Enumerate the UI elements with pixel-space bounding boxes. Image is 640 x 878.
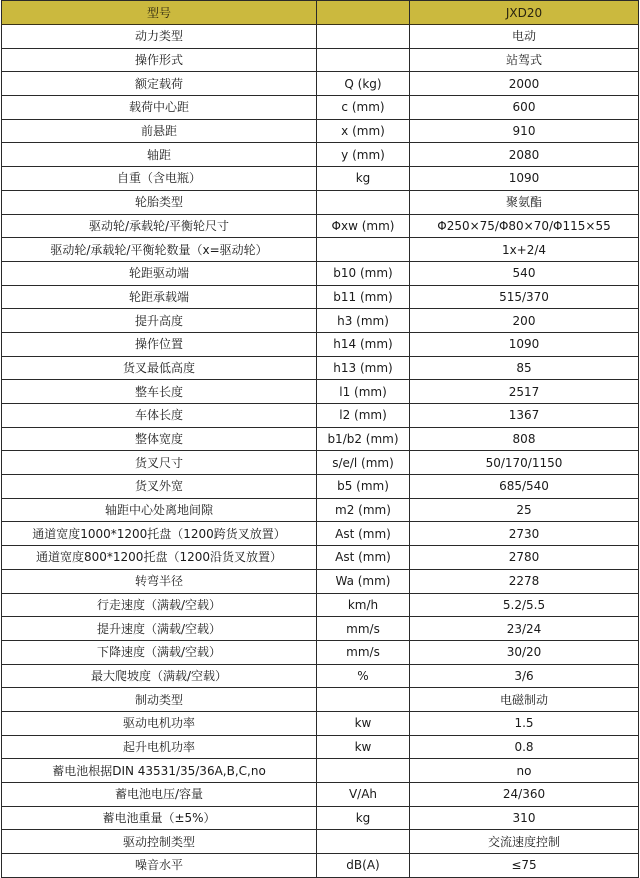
value-cell: 2517 — [410, 380, 639, 404]
unit-cell: x (mm) — [317, 119, 410, 143]
table-row: 动力类型电动 — [2, 25, 639, 49]
unit-cell: s/e/l (mm) — [317, 451, 410, 475]
unit-cell — [317, 25, 410, 49]
header-model-value: JXD20 — [410, 1, 639, 25]
parameter-cell: 起升电机功率 — [2, 735, 317, 759]
unit-cell: dB(A) — [317, 854, 410, 878]
table-row: 提升高度h3 (mm)200 — [2, 309, 639, 333]
value-cell: 310 — [410, 806, 639, 830]
unit-cell: Ast (mm) — [317, 522, 410, 546]
unit-cell: kg — [317, 806, 410, 830]
table-row: 最大爬坡度（满载/空载）%3/6 — [2, 664, 639, 688]
table-row: 轴距y (mm)2080 — [2, 143, 639, 167]
value-cell: 1090 — [410, 167, 639, 191]
value-cell: 5.2/5.5 — [410, 593, 639, 617]
unit-cell: b11 (mm) — [317, 285, 410, 309]
spec-body: 动力类型电动操作形式站驾式额定载荷Q (kg)2000载荷中心距c (mm)60… — [2, 25, 639, 878]
table-row: 制动类型电磁制动 — [2, 688, 639, 712]
value-cell: Φ250×75/Φ80×70/Φ115×55 — [410, 214, 639, 238]
table-row: 货叉外宽b5 (mm)685/540 — [2, 475, 639, 499]
table-row: 轮距承载端b11 (mm)515/370 — [2, 285, 639, 309]
value-cell: ≤75 — [410, 854, 639, 878]
header-model-label: 型号 — [2, 1, 317, 25]
table-row: 驱动轮/承载轮/平衡轮尺寸Φxw (mm)Φ250×75/Φ80×70/Φ115… — [2, 214, 639, 238]
value-cell: 24/360 — [410, 783, 639, 807]
unit-cell: V/Ah — [317, 783, 410, 807]
unit-cell — [317, 238, 410, 262]
value-cell: 540 — [410, 261, 639, 285]
unit-cell: kg — [317, 167, 410, 191]
value-cell: 1090 — [410, 332, 639, 356]
value-cell: 200 — [410, 309, 639, 333]
table-row: 驱动轮/承载轮/平衡轮数量（x=驱动轮）1x+2/4 — [2, 238, 639, 262]
unit-cell — [317, 688, 410, 712]
parameter-cell: 提升高度 — [2, 309, 317, 333]
table-row: 蓄电池电压/容量V/Ah24/360 — [2, 783, 639, 807]
table-row: 噪音水平dB(A)≤75 — [2, 854, 639, 878]
unit-cell: b10 (mm) — [317, 261, 410, 285]
parameter-cell: 驱动轮/承载轮/平衡轮数量（x=驱动轮） — [2, 238, 317, 262]
value-cell: 2080 — [410, 143, 639, 167]
parameter-cell: 操作位置 — [2, 332, 317, 356]
parameter-cell: 整体宽度 — [2, 427, 317, 451]
table-row: 货叉尺寸s/e/l (mm)50/170/1150 — [2, 451, 639, 475]
parameter-cell: 驱动电机功率 — [2, 711, 317, 735]
parameter-cell: 下降速度（满载/空载） — [2, 640, 317, 664]
table-row: 通道宽度800*1200托盘（1200沿货叉放置）Ast (mm)2780 — [2, 546, 639, 570]
unit-cell — [317, 190, 410, 214]
unit-cell: kw — [317, 711, 410, 735]
unit-cell: Φxw (mm) — [317, 214, 410, 238]
table-row: 蓄电池根据DIN 43531/35/36A,B,C,nono — [2, 759, 639, 783]
value-cell: 600 — [410, 96, 639, 120]
table-row: 货叉最低高度h13 (mm)85 — [2, 356, 639, 380]
unit-cell: mm/s — [317, 617, 410, 641]
value-cell: 910 — [410, 119, 639, 143]
table-row: 行走速度（满载/空载）km/h5.2/5.5 — [2, 593, 639, 617]
value-cell: 2000 — [410, 72, 639, 96]
unit-cell: l1 (mm) — [317, 380, 410, 404]
parameter-cell: 轮胎类型 — [2, 190, 317, 214]
parameter-cell: 自重（含电瓶） — [2, 167, 317, 191]
value-cell: 808 — [410, 427, 639, 451]
unit-cell: h14 (mm) — [317, 332, 410, 356]
table-row: 提升速度（满载/空载）mm/s23/24 — [2, 617, 639, 641]
value-cell: 685/540 — [410, 475, 639, 499]
value-cell: 85 — [410, 356, 639, 380]
value-cell: 3/6 — [410, 664, 639, 688]
value-cell: 25 — [410, 498, 639, 522]
value-cell: 2780 — [410, 546, 639, 570]
value-cell: 50/170/1150 — [410, 451, 639, 475]
table-row: 额定载荷Q (kg)2000 — [2, 72, 639, 96]
value-cell: 聚氨酯 — [410, 190, 639, 214]
unit-cell: kw — [317, 735, 410, 759]
parameter-cell: 动力类型 — [2, 25, 317, 49]
unit-cell: Wa (mm) — [317, 569, 410, 593]
unit-cell — [317, 759, 410, 783]
value-cell: 1.5 — [410, 711, 639, 735]
table-row: 轮胎类型聚氨酯 — [2, 190, 639, 214]
value-cell: 1367 — [410, 404, 639, 428]
unit-cell: km/h — [317, 593, 410, 617]
unit-cell: c (mm) — [317, 96, 410, 120]
value-cell: 站驾式 — [410, 48, 639, 72]
value-cell: 电动 — [410, 25, 639, 49]
header-unit-cell — [317, 1, 410, 25]
parameter-cell: 操作形式 — [2, 48, 317, 72]
table-row: 车体长度l2 (mm)1367 — [2, 404, 639, 428]
table-row: 轴距中心处离地间隙m2 (mm)25 — [2, 498, 639, 522]
table-row: 整车长度l1 (mm)2517 — [2, 380, 639, 404]
table-row: 操作形式站驾式 — [2, 48, 639, 72]
table-row: 驱动电机功率kw1.5 — [2, 711, 639, 735]
value-cell: 30/20 — [410, 640, 639, 664]
table-row: 通道宽度1000*1200托盘（1200跨货叉放置）Ast (mm)2730 — [2, 522, 639, 546]
table-row: 下降速度（满载/空载）mm/s30/20 — [2, 640, 639, 664]
unit-cell: y (mm) — [317, 143, 410, 167]
parameter-cell: 车体长度 — [2, 404, 317, 428]
parameter-cell: 制动类型 — [2, 688, 317, 712]
value-cell: 交流速度控制 — [410, 830, 639, 854]
parameter-cell: 轴距 — [2, 143, 317, 167]
unit-cell: m2 (mm) — [317, 498, 410, 522]
parameter-cell: 前悬距 — [2, 119, 317, 143]
table-row: 转弯半径Wa (mm)2278 — [2, 569, 639, 593]
parameter-cell: 噪音水平 — [2, 854, 317, 878]
parameter-cell: 额定载荷 — [2, 72, 317, 96]
parameter-cell: 提升速度（满载/空载） — [2, 617, 317, 641]
parameter-cell: 轴距中心处离地间隙 — [2, 498, 317, 522]
parameter-cell: 轮距驱动端 — [2, 261, 317, 285]
parameter-cell: 整车长度 — [2, 380, 317, 404]
parameter-cell: 轮距承载端 — [2, 285, 317, 309]
value-cell: 1x+2/4 — [410, 238, 639, 262]
unit-cell: % — [317, 664, 410, 688]
parameter-cell: 通道宽度1000*1200托盘（1200跨货叉放置） — [2, 522, 317, 546]
parameter-cell: 蓄电池重量（±5%） — [2, 806, 317, 830]
unit-cell: Ast (mm) — [317, 546, 410, 570]
value-cell: 515/370 — [410, 285, 639, 309]
table-row: 操作位置h14 (mm)1090 — [2, 332, 639, 356]
table-row: 整体宽度b1/b2 (mm)808 — [2, 427, 639, 451]
parameter-cell: 驱动轮/承载轮/平衡轮尺寸 — [2, 214, 317, 238]
parameter-cell: 最大爬坡度（满载/空载） — [2, 664, 317, 688]
parameter-cell: 通道宽度800*1200托盘（1200沿货叉放置） — [2, 546, 317, 570]
parameter-cell: 蓄电池电压/容量 — [2, 783, 317, 807]
table-row: 蓄电池重量（±5%）kg310 — [2, 806, 639, 830]
table-row: 驱动控制类型交流速度控制 — [2, 830, 639, 854]
parameter-cell: 驱动控制类型 — [2, 830, 317, 854]
value-cell: 电磁制动 — [410, 688, 639, 712]
unit-cell: mm/s — [317, 640, 410, 664]
unit-cell: b5 (mm) — [317, 475, 410, 499]
parameter-cell: 载荷中心距 — [2, 96, 317, 120]
spec-table: 型号 JXD20 动力类型电动操作形式站驾式额定载荷Q (kg)2000载荷中心… — [1, 0, 639, 878]
unit-cell: h3 (mm) — [317, 309, 410, 333]
value-cell: no — [410, 759, 639, 783]
parameter-cell: 货叉外宽 — [2, 475, 317, 499]
unit-cell: Q (kg) — [317, 72, 410, 96]
unit-cell — [317, 48, 410, 72]
table-row: 轮距驱动端b10 (mm)540 — [2, 261, 639, 285]
unit-cell: b1/b2 (mm) — [317, 427, 410, 451]
table-row: 起升电机功率kw0.8 — [2, 735, 639, 759]
parameter-cell: 货叉尺寸 — [2, 451, 317, 475]
unit-cell: l2 (mm) — [317, 404, 410, 428]
parameter-cell: 转弯半径 — [2, 569, 317, 593]
value-cell: 2730 — [410, 522, 639, 546]
parameter-cell: 行走速度（满载/空载） — [2, 593, 317, 617]
header-row: 型号 JXD20 — [2, 1, 639, 25]
table-row: 自重（含电瓶）kg1090 — [2, 167, 639, 191]
value-cell: 0.8 — [410, 735, 639, 759]
value-cell: 2278 — [410, 569, 639, 593]
table-row: 前悬距x (mm)910 — [2, 119, 639, 143]
parameter-cell: 货叉最低高度 — [2, 356, 317, 380]
unit-cell: h13 (mm) — [317, 356, 410, 380]
parameter-cell: 蓄电池根据DIN 43531/35/36A,B,C,no — [2, 759, 317, 783]
table-row: 载荷中心距c (mm)600 — [2, 96, 639, 120]
value-cell: 23/24 — [410, 617, 639, 641]
unit-cell — [317, 830, 410, 854]
